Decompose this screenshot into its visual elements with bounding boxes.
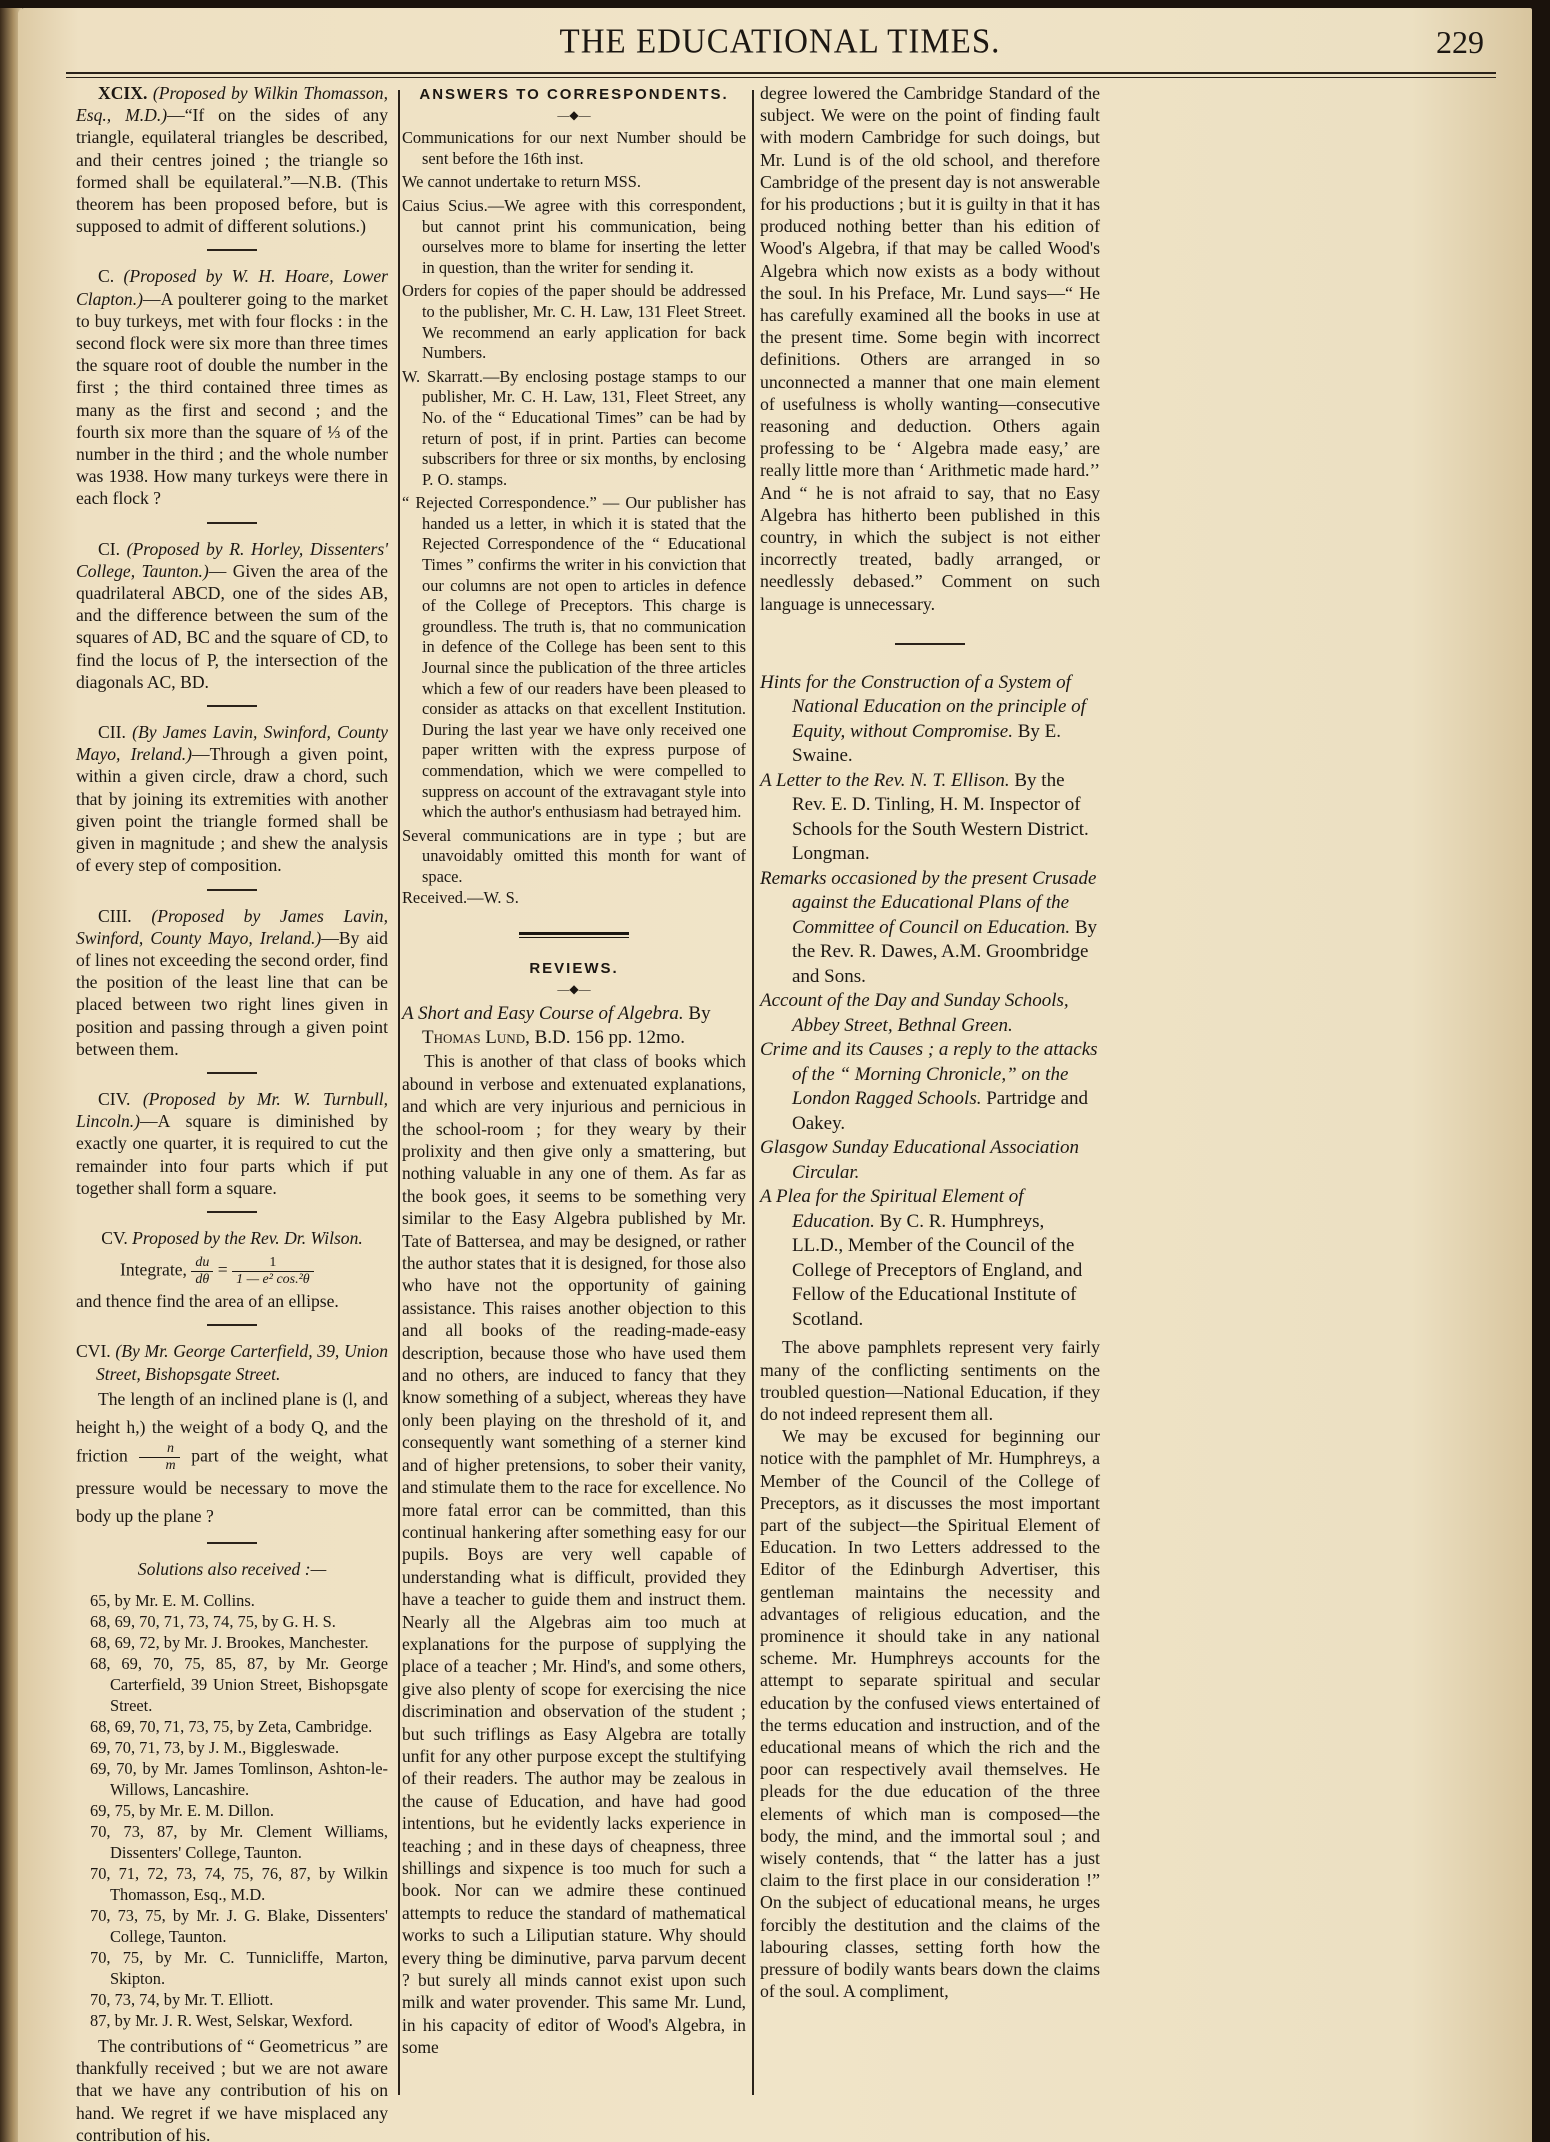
- separator: [207, 1542, 257, 1544]
- review-title: A Short and Easy Course of Algebra. By T…: [402, 1002, 746, 1050]
- fraction: nm: [139, 1441, 179, 1474]
- publication-title: THE EDUCATIONAL TIMES.: [60, 23, 1500, 62]
- solution-item: 70, 73, 87, by Mr. Clement Williams, Dis…: [76, 1821, 388, 1863]
- separator: [207, 705, 257, 707]
- page-number: 229: [1436, 24, 1484, 61]
- pamphlet-entry: Account of the Day and Sunday Schools, A…: [760, 989, 1100, 1038]
- answer-item: Communications for our next Number shoul…: [402, 128, 746, 169]
- answers-heading: ANSWERS TO CORRESPONDENTS.: [402, 84, 746, 106]
- problem-ci: CI. (Proposed by R. Horley, Dissenters' …: [76, 538, 388, 693]
- pamphlet-entry: Glasgow Sunday Educational Association C…: [760, 1136, 1100, 1185]
- solution-item: 69, 75, by Mr. E. M. Dillon.: [76, 1800, 388, 1821]
- problem-cv-equation: Integrate, dudθ = 11 — e² cos.²θ: [120, 1255, 388, 1288]
- solution-item: 70, 75, by Mr. C. Tunnicliffe, Marton, S…: [76, 1947, 388, 1989]
- answer-item: Caius Scius.—We agree with this correspo…: [402, 196, 746, 278]
- column-pamphlets: degree lowered the Cambridge Standard of…: [760, 82, 1100, 2002]
- review-body: This is another of that class of books w…: [402, 1050, 746, 2058]
- separator: [207, 249, 257, 251]
- answer-item: Received.—W. S.: [402, 888, 746, 909]
- separator: [895, 643, 965, 645]
- column-divider: [398, 90, 400, 2095]
- column-divider: [752, 90, 754, 2095]
- solution-item: 65, by Mr. E. M. Collins.: [76, 1590, 388, 1611]
- pamphlet-entry: Remarks occasioned by the present Crusad…: [760, 867, 1100, 990]
- masthead: THE EDUCATIONAL TIMES. 229: [60, 24, 1500, 66]
- column-correspondents-reviews: ANSWERS TO CORRESPONDENTS. —◆— Communica…: [402, 82, 746, 2059]
- pamphlet-entry: Crime and its Causes ; a reply to the at…: [760, 1038, 1100, 1136]
- dash-diamond-ornament: —◆—: [402, 982, 746, 996]
- section-rule: [519, 932, 629, 938]
- fraction: 11 — e² cos.²θ: [232, 1255, 314, 1288]
- answer-item: We cannot undertake to return MSS.: [402, 172, 746, 193]
- pamphlet-entry: A Letter to the Rev. N. T. Ellison. By t…: [760, 769, 1100, 867]
- problem-cv-heading: CV. Proposed by the Rev. Dr. Wilson.: [76, 1227, 388, 1249]
- column-questions: XCIX. (Proposed by Wilkin Thomasson, Esq…: [76, 82, 388, 2142]
- pamphlets-intro: The above pamphlets represent very fairl…: [760, 1336, 1100, 1425]
- pamphlet-entry: Hints for the Construction of a System o…: [760, 671, 1100, 769]
- pamphlet-entry: A Plea for the Spiritual Element of Educ…: [760, 1185, 1100, 1332]
- problem-cii: CII. (By James Lavin, Swinford, County M…: [76, 721, 388, 876]
- answers-list: Communications for our next Number shoul…: [402, 128, 746, 908]
- separator: [207, 1211, 257, 1213]
- problem-cvi-heading: CVI. (By Mr. George Carterfield, 39, Uni…: [76, 1340, 388, 1384]
- answer-item: “ Rejected Correspondence.” — Our publis…: [402, 493, 746, 823]
- closing-note: The contributions of “ Geometricus ” are…: [76, 2035, 388, 2142]
- problem-ciii: CIII. (Proposed by James Lavin, Swinford…: [76, 905, 388, 1060]
- solution-item: 70, 71, 72, 73, 74, 75, 76, 87, by Wilki…: [76, 1863, 388, 1905]
- problem-cvi-text: The length of an inclined plane is (l, a…: [76, 1385, 388, 1530]
- masthead-rule: [66, 72, 1496, 74]
- solutions-heading: Solutions also received :—: [76, 1558, 388, 1580]
- solutions-list: 65, by Mr. E. M. Collins. 68, 69, 70, 71…: [76, 1590, 388, 2031]
- review-continuation: degree lowered the Cambridge Standard of…: [760, 82, 1100, 615]
- solution-item: 69, 70, 71, 73, by J. M., Biggleswade.: [76, 1737, 388, 1758]
- solution-item: 69, 70, by Mr. James Tomlinson, Ashton-l…: [76, 1758, 388, 1800]
- problem-cv-text: and thence find the area of an ellipse.: [76, 1290, 388, 1312]
- solution-item: 68, 69, 70, 75, 85, 87, by Mr. George Ca…: [76, 1653, 388, 1716]
- solution-item: 70, 73, 75, by Mr. J. G. Blake, Dissente…: [76, 1905, 388, 1947]
- answer-item: W. Skarratt.—By enclosing postage stamps…: [402, 367, 746, 491]
- solution-item: 68, 69, 72, by Mr. J. Brookes, Mancheste…: [76, 1632, 388, 1653]
- separator: [207, 522, 257, 524]
- separator: [207, 1072, 257, 1074]
- humphreys-notice: We may be excused for beginning our noti…: [760, 1425, 1100, 2002]
- answer-item: Several communications are in type ; but…: [402, 826, 746, 888]
- separator: [207, 889, 257, 891]
- answer-item: Orders for copies of the paper should be…: [402, 281, 746, 363]
- fraction: dudθ: [191, 1255, 213, 1288]
- solution-item: 87, by Mr. J. R. West, Selskar, Wexford.: [76, 2010, 388, 2031]
- problem-civ: CIV. (Proposed by Mr. W. Turnbull, Linco…: [76, 1088, 388, 1199]
- masthead-rule-thin: [66, 77, 1496, 78]
- pamphlet-list: Hints for the Construction of a System o…: [760, 671, 1100, 1333]
- problem-xcix: XCIX. (Proposed by Wilkin Thomasson, Esq…: [76, 82, 388, 237]
- reviews-heading: REVIEWS.: [402, 958, 746, 980]
- solution-item: 68, 69, 70, 71, 73, 74, 75, by G. H. S.: [76, 1611, 388, 1632]
- problem-c: C. (Proposed by W. H. Hoare, Lower Clapt…: [76, 265, 388, 509]
- solution-item: 68, 69, 70, 71, 73, 75, by Zeta, Cambrid…: [76, 1716, 388, 1737]
- separator: [207, 1324, 257, 1326]
- solution-item: 70, 73, 74, by Mr. T. Elliott.: [76, 1989, 388, 2010]
- dash-diamond-ornament: —◆—: [402, 108, 746, 122]
